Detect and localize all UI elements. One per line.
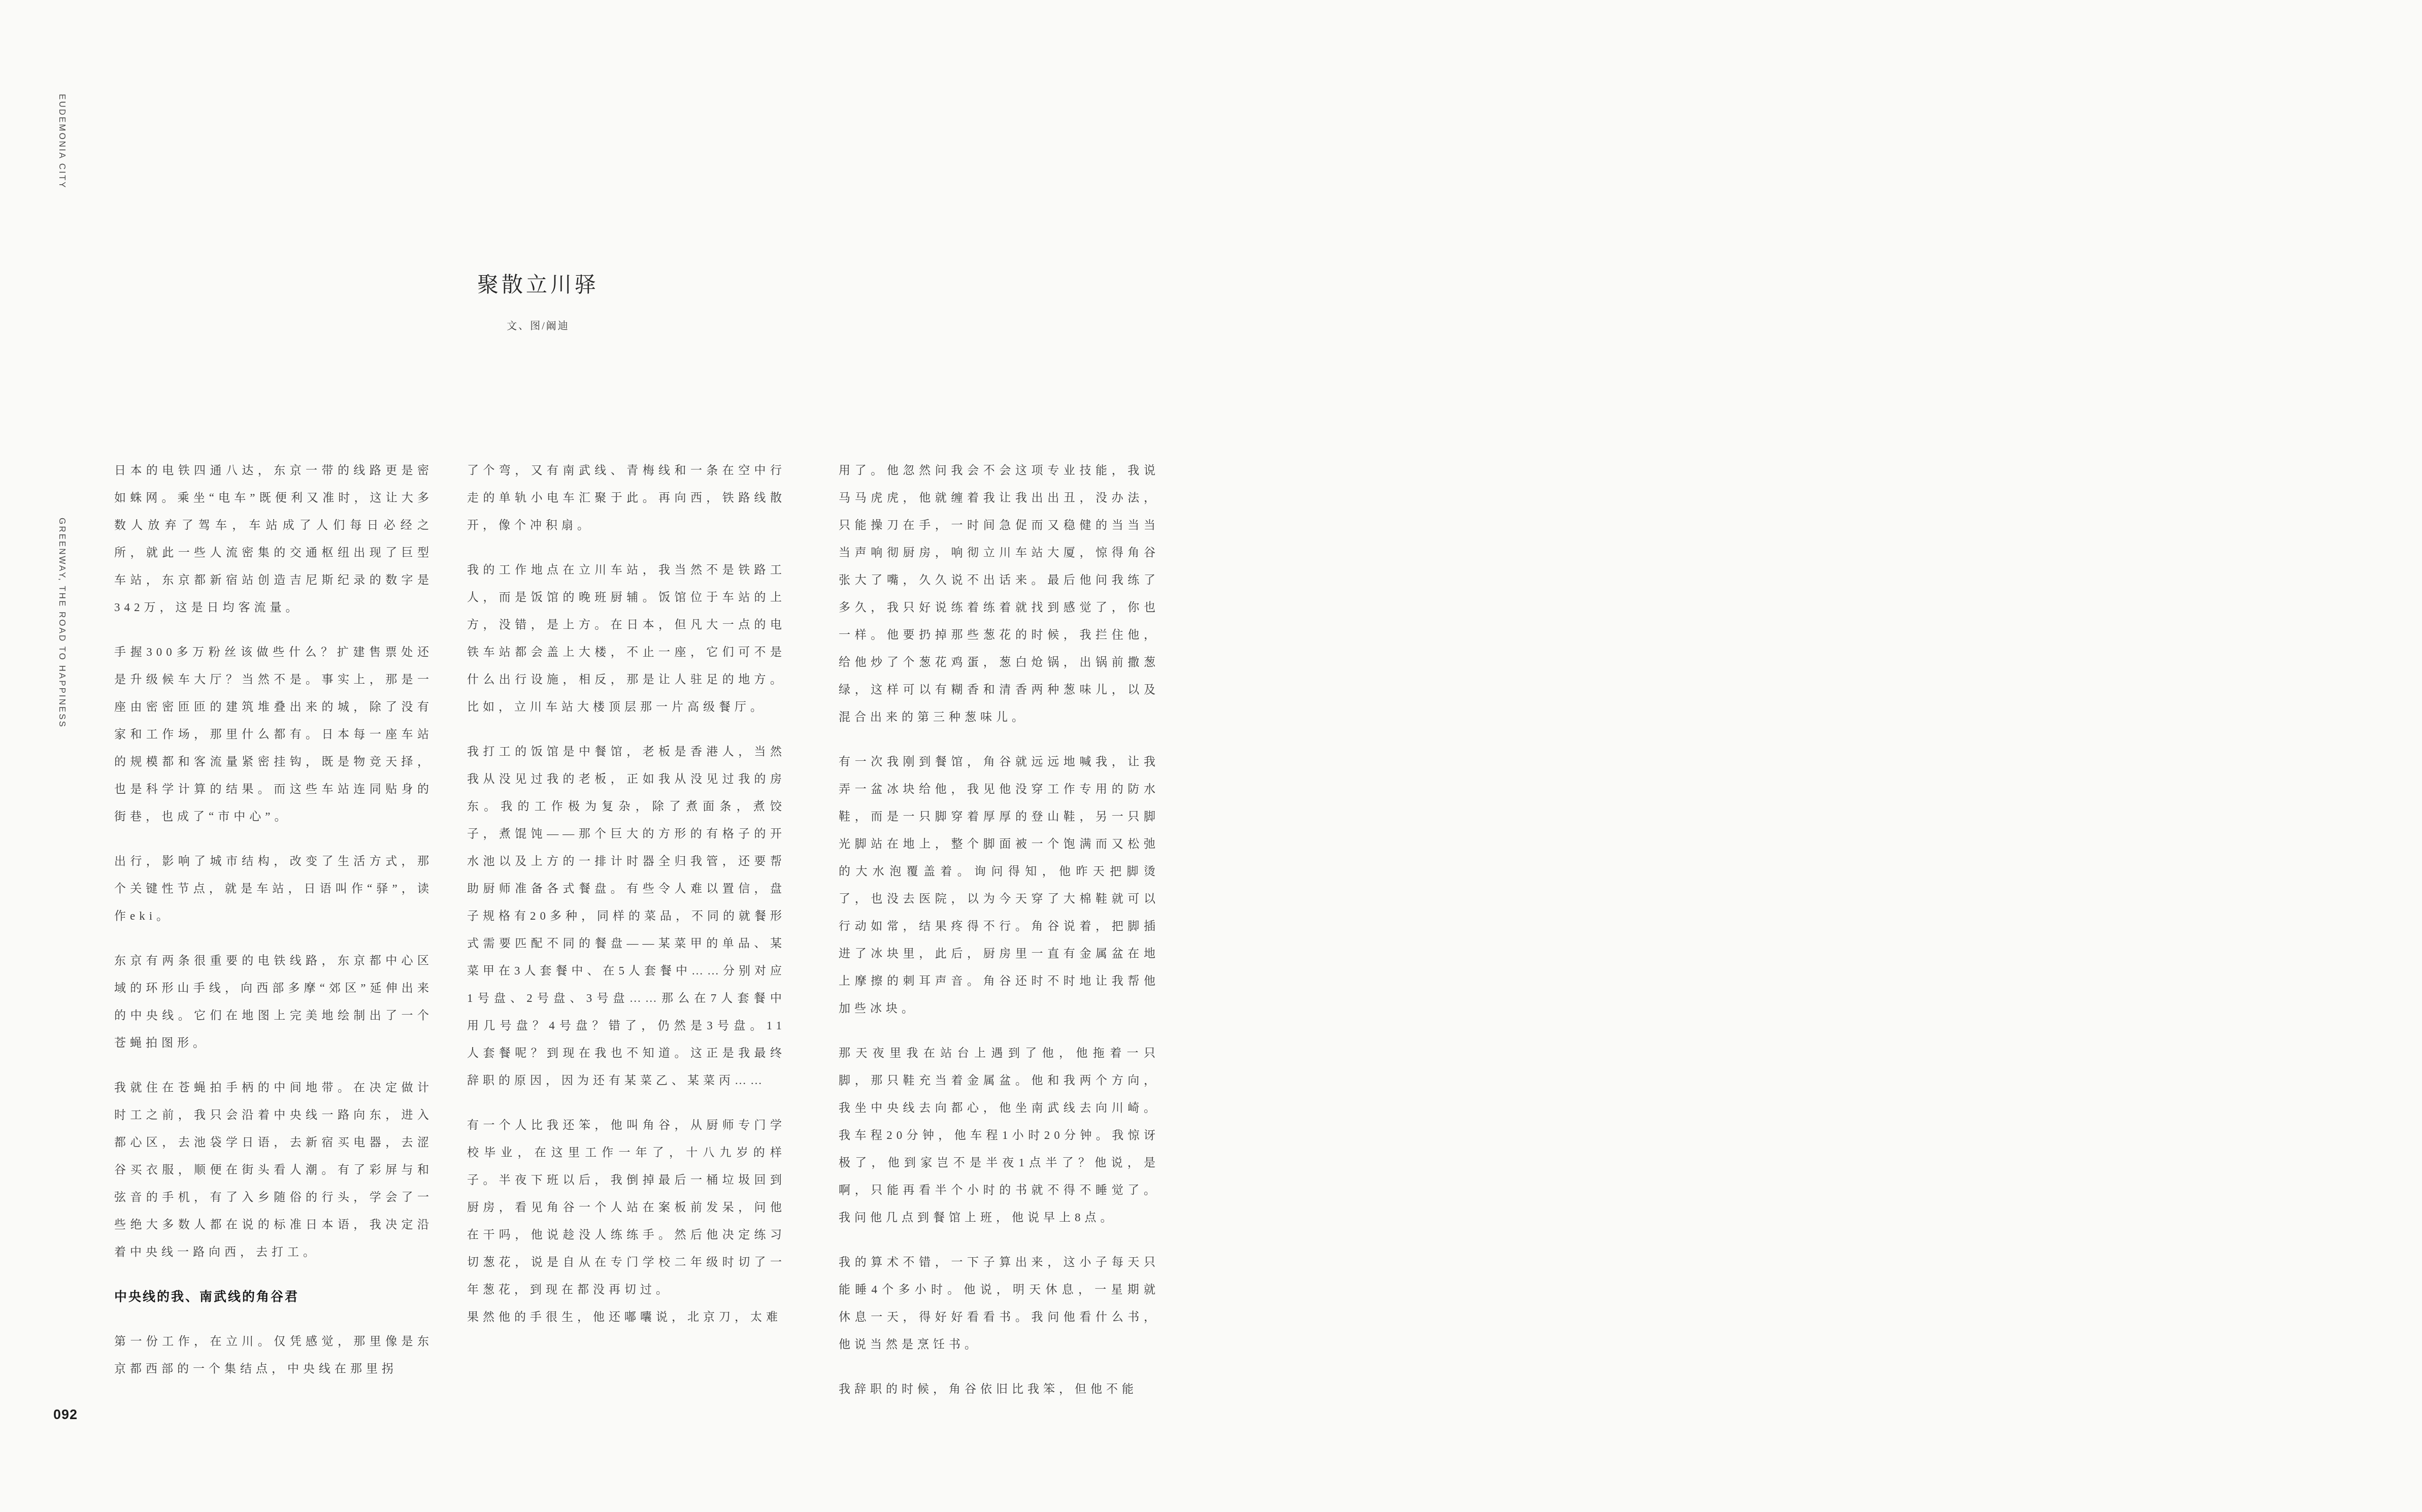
body-paragraph: 第一份工作，在立川。仅凭感觉，那里像是东京都西部的一个集结点，中央线在那里拐 <box>114 1328 433 1383</box>
body-paragraph: 我打工的饭馆是中餐馆，老板是香港人，当然我从没见过我的老板，正如我从没见过我的房… <box>467 738 786 1094</box>
body-paragraph: 我辞职的时候，角谷依旧比我笨，但他不能 <box>839 1375 1159 1403</box>
margin-caption-greenway: GREENWAY, THE ROAD TO HAPPINESS <box>57 518 67 728</box>
body-paragraph: 日本的电铁四通八达，东京一带的线路更是密如蛛网。乘坐“电车”既便利又准时，这让大… <box>114 457 433 621</box>
body-paragraph: 了个弯，又有南武线、青梅线和一条在空中行走的单轨小电车汇聚于此。再向西，铁路线散… <box>467 457 786 539</box>
body-paragraph: 用了。他忽然问我会不会这项专业技能，我说马马虎虎，他就缠着我让我出出丑，没办法，… <box>839 457 1159 731</box>
body-paragraph: 有一个人比我还笨，他叫角谷，从厨师专门学校毕业，在这里工作一年了，十八九岁的样子… <box>467 1112 786 1303</box>
section-subheading: 中央线的我、南武线的角谷君 <box>114 1283 433 1311</box>
left-page: EUDEMONIA CITY GREENWAY, THE ROAD TO HAP… <box>0 0 1211 1512</box>
body-paragraph: 手握300多万粉丝该做些什么？扩建售票处还是升级候车大厅？当然不是。事实上，那是… <box>114 639 433 830</box>
body-paragraph: 那天夜里我在站台上遇到了他，他拖着一只脚，那只鞋充当着金属盆。他和我两个方向，我… <box>839 1039 1159 1231</box>
body-paragraph: 我就住在苍蝇拍手柄的中间地带。在决定做计时工之前，我只会沿着中央线一路向东，进入… <box>114 1074 433 1266</box>
body-paragraph: 我的工作地点在立川车站，我当然不是铁路工人，而是饭馆的晚班厨辅。饭馆位于车站的上… <box>467 556 786 721</box>
body-paragraph: 有一次我刚到餐馆，角谷就远远地喊我，让我弄一盆冰块给他，我见他没穿工作专用的防水… <box>839 748 1159 1022</box>
margin-caption-eudemonia: EUDEMONIA CITY <box>57 94 67 189</box>
article-title: 聚散立川驿 <box>355 268 721 298</box>
body-paragraph: 我的算术不错，一下子算出来，这小子每天只能睡4个多小时。他说，明天休息，一星期就… <box>839 1249 1159 1358</box>
body-paragraph: 果然他的手很生，他还嘟囔说，北京刀，太难 <box>467 1303 786 1331</box>
page-number-left: 092 <box>53 1407 78 1423</box>
text-column-3: 用了。他忽然问我会不会这项专业技能，我说马马虎虎，他就缠着我让我出出丑，没办法，… <box>839 457 1159 1452</box>
article-title-block: 聚散立川驿 文、图/阚迪 <box>355 268 721 332</box>
body-paragraph: 出行，影响了城市结构，改变了生活方式，那个关键性节点，就是车站，日语叫作“驿”，… <box>114 848 433 930</box>
text-column-2: 了个弯，又有南武线、青梅线和一条在空中行走的单轨小电车汇聚于此。再向西，铁路线散… <box>467 457 786 1452</box>
right-page: SUNLIGHT 日光 栖居 辞职，他是“正社员”，理论上也不会更换工作，这既是… <box>1211 0 2422 1512</box>
text-column-1: 日本的电铁四通八达，东京一带的线路更是密如蛛网。乘坐“电车”既便利又准时，这让大… <box>114 457 433 1452</box>
article-byline: 文、图/阚迪 <box>355 318 721 332</box>
body-paragraph: 东京有两条很重要的电铁线路，东京都中心区域的环形山手线，向西部多摩“郊区”延伸出… <box>114 947 433 1057</box>
